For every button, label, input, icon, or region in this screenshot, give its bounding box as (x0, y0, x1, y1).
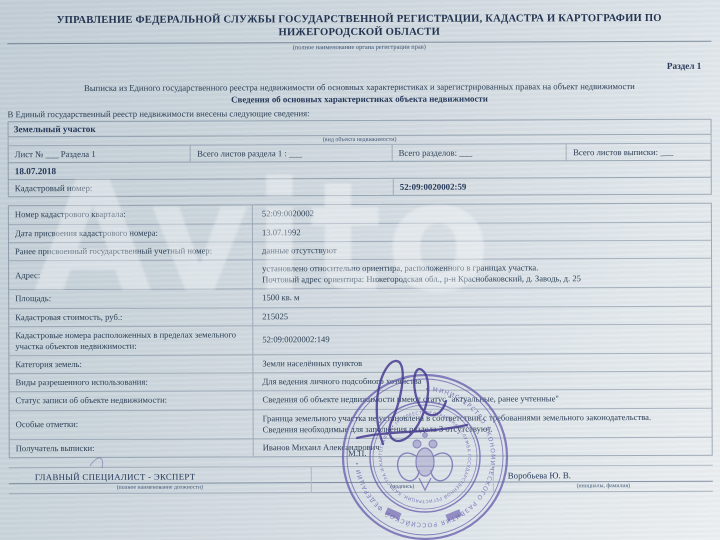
table-row: Номер кадастрового квартала:52:09:002000… (9, 204, 711, 224)
position-column: ГЛАВНЫЙ СПЕЦИАЛИСТ - ЭКСПЕРТ (полное наи… (9, 467, 311, 494)
row-value: 52:09:0020002:149 (253, 324, 711, 354)
row-label: Кадастровая стоимость, руб.: (9, 308, 253, 326)
row-value: данные отсутствуют (253, 241, 711, 260)
row-label: Особые отметки: (10, 410, 254, 439)
table-row: Кадастровая стоимость, руб.:215025 (9, 305, 711, 326)
document-title: Выписка из Единого государственного реес… (7, 81, 711, 93)
cadastral-number-label: Кадастровый номер: (9, 179, 393, 196)
scanned-egrn-extract-document: Avito УПРАВЛЕНИЕ ФЕДЕРАЛЬНОЙ СЛУЖБЫ ГОСУ… (0, 0, 720, 540)
position-title: ГЛАВНЫЙ СПЕЦИАЛИСТ - ЭКСПЕРТ (9, 467, 311, 484)
row-label: Категория земель: (9, 355, 253, 373)
row-label: Ранее присвоенный государственный учетны… (9, 242, 253, 260)
row-label: Получатель выписки: (10, 439, 254, 457)
name-column: Воробьева Ю. В. (инициалы, фамилия) (493, 466, 713, 493)
row-label: Площадь: (9, 290, 253, 308)
sheets-in-section-cell: Всего листов раздела 1 : ___ (190, 145, 391, 162)
table-row: Дата присвоения кадастрового номера:13.0… (9, 221, 711, 242)
section-label: Раздел 1 (7, 61, 711, 73)
row-label: Дата присвоения кадастрового номера: (9, 224, 253, 242)
sheet-number-cell: Лист № ___ Раздела 1 (9, 146, 191, 163)
row-value: установлено относительно ориентира, расп… (253, 259, 711, 289)
name-caption: (инициалы, фамилия) (494, 482, 713, 493)
cadastral-number-value: 52:09:0020002:59 (393, 178, 711, 195)
signatory-name: Воробьева Ю. В. (494, 466, 713, 483)
total-sheets-cell: Всего листов выписки: ___ (566, 144, 711, 161)
position-caption: (полное наименование должности) (9, 483, 311, 494)
row-label: Статус записи об объекте недвижимости: (10, 392, 254, 410)
table-row: Кадастровые номера расположенных в преде… (9, 323, 711, 355)
row-label: Адрес: (9, 260, 253, 289)
row-value: 1500 кв. м (253, 288, 711, 307)
row-label: Кадастровые номера расположенных в преде… (9, 326, 253, 355)
table-row: Адрес:установлено относительно ориентира… (9, 258, 711, 290)
intro-line: В Единый государственный реестр недвижим… (8, 107, 712, 119)
row-value: Земли населённых пунктов (253, 354, 711, 373)
total-sections-cell: Всего разделов: ___ (392, 145, 567, 162)
row-label: Виды разрешенного использования: (9, 374, 253, 392)
table-row: Ранее присвоенный государственный учетны… (9, 240, 711, 261)
seal-place-label: М.П. (348, 448, 367, 458)
document-subtitle: Сведения об основных характеристиках объ… (7, 93, 711, 105)
row-value: 52:09:0020002 (253, 204, 711, 223)
stray-pen-mark (88, 452, 112, 472)
row-value: 215025 (253, 306, 711, 325)
row-value: 13.07.1992 (253, 222, 711, 241)
registration-authority-title: УПРАВЛЕНИЕ ФЕДЕРАЛЬНОЙ СЛУЖБЫ ГОСУДАРСТВ… (7, 12, 711, 45)
authority-caption: (полное наименование органа регистрации … (7, 43, 711, 52)
table-row: Площадь:1500 кв. м (9, 287, 711, 308)
row-label: Номер кадастрового квартала: (9, 206, 253, 224)
